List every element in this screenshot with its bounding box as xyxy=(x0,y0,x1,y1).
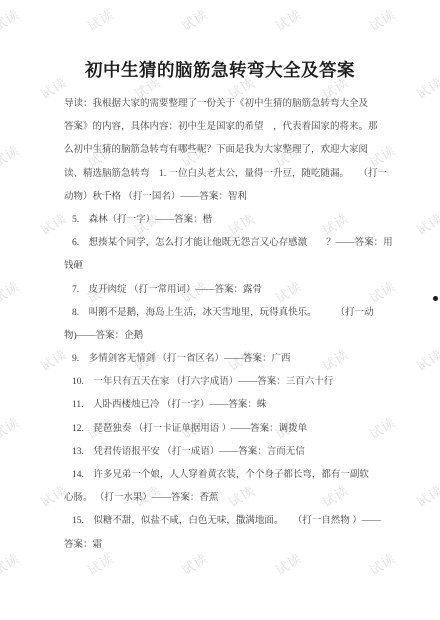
watermark: 试读 xyxy=(0,4,23,35)
text-line: 读、精选脑筋急转弯 1. 一位白头老太公，量得一升豆，随吃随漏。 （打一 xyxy=(64,163,386,186)
watermark: 试读 xyxy=(0,140,23,171)
document-body: 导读：我根据大家的需要整理了一份关于《初中生猜的脑筋急转弯大全及答案》的内容，具… xyxy=(64,93,386,557)
watermark: 试读 xyxy=(365,4,399,35)
text-line: 么初中生猜的脑筋急转弯有哪些呢？下面是我为大家整理了，欢迎大家阅 xyxy=(64,139,386,162)
document-page: 试读试读试读试读试读试读试读试读试读试读试读试读试读试读试读试读试读试读试读试读… xyxy=(0,0,440,620)
text-line: 6. 想揍某个同学，怎么打才能让他既无怨言又心存感激 ？——答案：用 xyxy=(64,232,386,255)
text-line: 钱砸 xyxy=(64,255,386,278)
page-title: 初中生猜的脑筋急转弯大全及答案 xyxy=(0,57,440,82)
watermark: 试读 xyxy=(0,412,23,443)
watermark: 试读 xyxy=(0,548,23,579)
watermark: 试读 xyxy=(412,344,440,375)
text-line: 12. 琵琶独奏 （打一卡证单据用语 ）——答案：调拨单 xyxy=(64,418,386,441)
text-line: 11. 人卧西楼烛已冷 （打一字）——答案：蛛 xyxy=(64,394,386,417)
watermark: 试读 xyxy=(412,208,440,239)
text-line: 8. 叫鹅不是鹅，海岛上生活，冰天雪地里，玩得真快乐。 （打一动 xyxy=(64,302,386,325)
text-line: 物)——答案：企鹅 xyxy=(64,325,386,348)
text-line: 答案：霜 xyxy=(64,534,386,557)
text-line: 心肠。 （打一水果）——答案：香蕉 xyxy=(64,487,386,510)
text-line: 5. 森林（打一字）——答案：楷 xyxy=(64,209,386,232)
text-line: 答案》的内容，具体内容：初中生是国家的希望 ，代表着国家的将来。那 xyxy=(64,116,386,139)
text-line: 10. 一年只有五天在家 （打六字成语）——答案：三百六十行 xyxy=(64,371,386,394)
text-line: 15. 似糖不甜，似盐不咸，白色无味，撒满地面。 （打一自然物 ）—— xyxy=(64,510,386,533)
stray-mark xyxy=(433,296,438,301)
watermark: 试读 xyxy=(177,4,211,35)
text-line: 13. 凭君传语报平安 （打一成语）——答案：言而无信 xyxy=(64,441,386,464)
text-line: 导读：我根据大家的需要整理了一份关于《初中生猜的脑筋急转弯大全及 xyxy=(64,93,386,116)
watermark: 试读 xyxy=(412,480,440,511)
watermark: 试读 xyxy=(83,4,117,35)
text-line: 14. 许多兄弟一个娘，人人穿着黄衣装，个个身子都长弯，都有一副软 xyxy=(64,464,386,487)
text-line: 9. 多情剑客无情剑 （打一省区名）——答案：广西 xyxy=(64,348,386,371)
watermark: 试读 xyxy=(271,4,305,35)
watermark: 试读 xyxy=(0,276,23,307)
text-line: 动物）秋千格 （打一国名）——答案：智利 xyxy=(64,186,386,209)
text-line: 7. 皮开肉绽 （打一常用词）——答案：露骨 xyxy=(64,279,386,302)
